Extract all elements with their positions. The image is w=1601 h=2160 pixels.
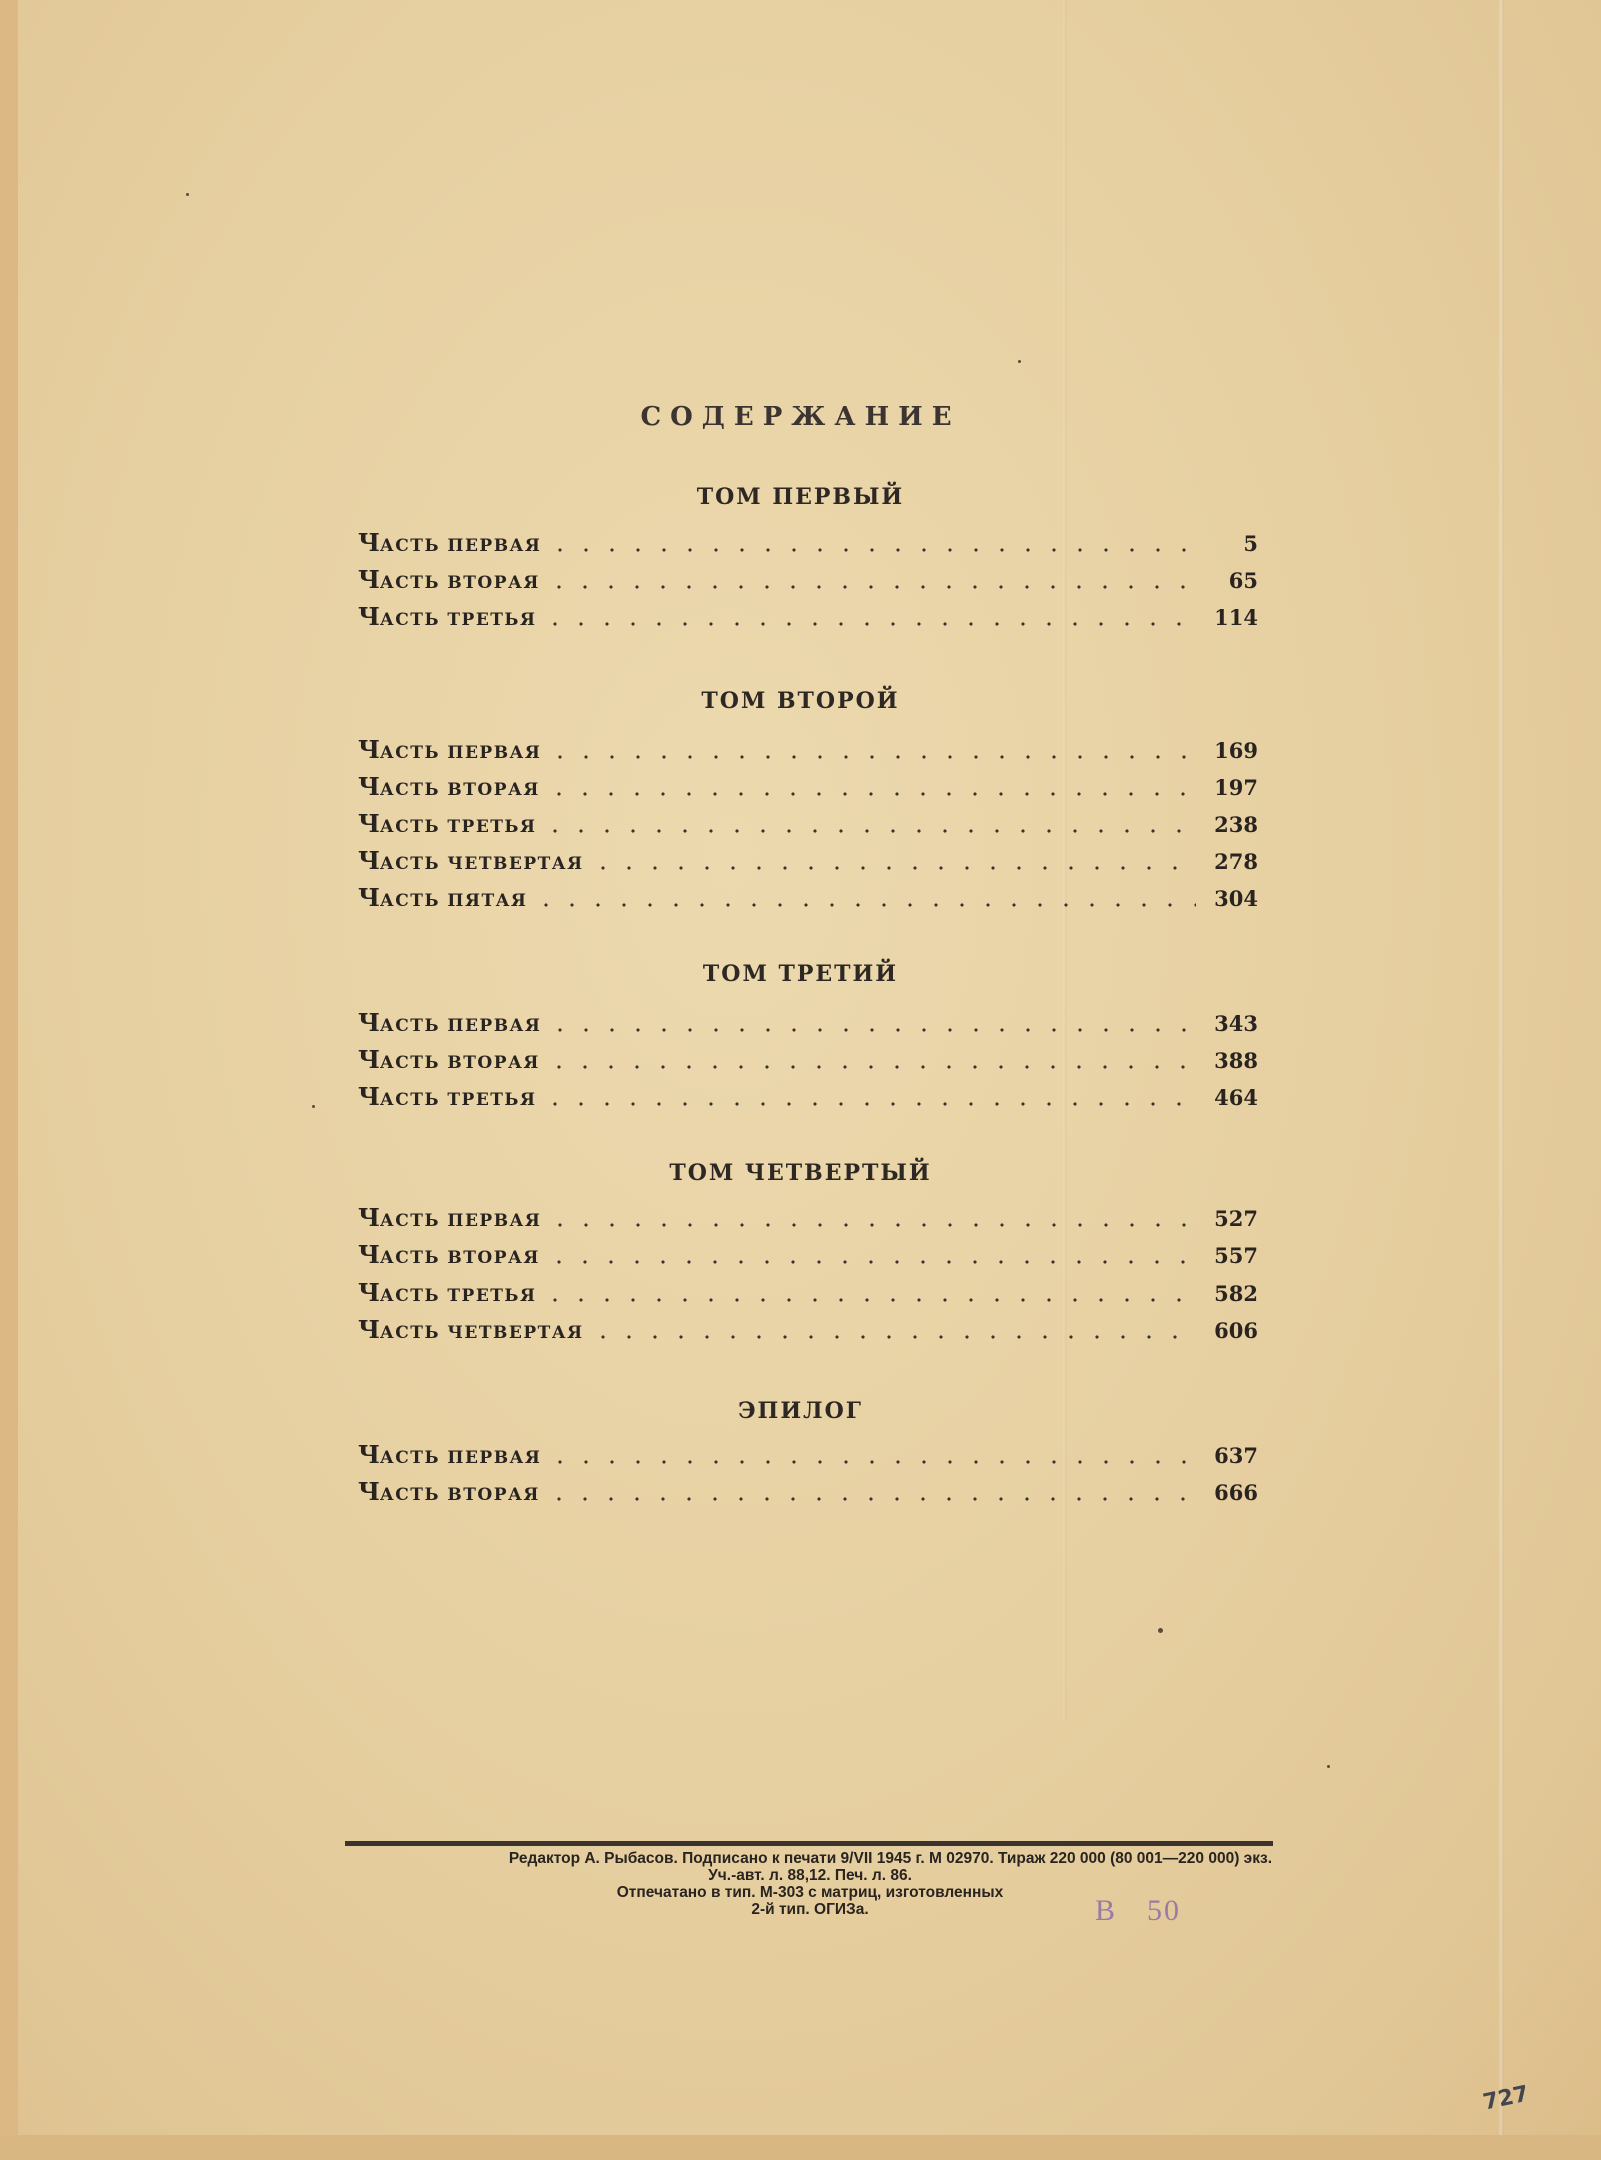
page-number: 388	[1212, 1048, 1258, 1073]
toc-entry[interactable]: ЧАСТЬ ВТОРАЯ 557	[358, 1240, 1258, 1272]
page-number: 557	[1212, 1243, 1258, 1268]
toc-entry[interactable]: ЧАСТЬ ВТОРАЯ 65	[358, 565, 1258, 597]
entry-label: ЧАСТЬ ЧЕТВЕРТАЯ	[358, 1315, 584, 1344]
page-number: 582	[1212, 1281, 1258, 1306]
page-number: 169	[1212, 738, 1258, 763]
dot-leader	[546, 1065, 1196, 1069]
toc-entry[interactable]: ЧАСТЬ ПЯТАЯ 304	[358, 883, 1258, 915]
dot-leader	[590, 1335, 1196, 1339]
toc-entry[interactable]: ЧАСТЬ ТРЕТЬЯ 114	[358, 602, 1258, 634]
dot-leader	[547, 548, 1196, 552]
volume-heading: ТОМ ВТОРОЙ	[0, 688, 1601, 714]
toc-entry[interactable]: ЧАСТЬ ПЕРВАЯ 527	[358, 1203, 1258, 1235]
imprint-line: Редактор А. Рыбасов. Подписано к печати …	[340, 1850, 1280, 1867]
page-number: 114	[1212, 605, 1258, 630]
entry-label: ЧАСТЬ ВТОРАЯ	[358, 772, 540, 801]
entry-label: ЧАСТЬ ПЕРВАЯ	[358, 1008, 541, 1037]
volume-heading: ТОМ ЧЕТВЕРТЫЙ	[0, 1160, 1601, 1186]
page-number: 666	[1212, 1480, 1258, 1505]
page-number: 343	[1212, 1011, 1258, 1036]
entry-label: ЧАСТЬ ТРЕТЬЯ	[358, 602, 536, 631]
dot-leader	[542, 622, 1196, 626]
dot-leader	[547, 1460, 1196, 1464]
toc-entry[interactable]: ЧАСТЬ ПЕРВАЯ 5	[358, 528, 1258, 560]
dot-leader	[542, 1298, 1196, 1302]
entry-label: ЧАСТЬ ПЕРВАЯ	[358, 1440, 541, 1469]
volume-heading: ЭПИЛОГ	[0, 1398, 1601, 1424]
entry-label: ЧАСТЬ ПЯТАЯ	[358, 883, 527, 912]
toc-entry[interactable]: ЧАСТЬ ЧЕТВЕРТАЯ 278	[358, 846, 1258, 878]
dot-leader	[542, 829, 1196, 833]
toc-entry[interactable]: ЧАСТЬ ВТОРАЯ 197	[358, 772, 1258, 804]
dot-leader	[546, 1260, 1196, 1264]
page-number: 606	[1212, 1318, 1258, 1343]
dot-leader	[547, 755, 1196, 759]
entry-label: ЧАСТЬ ВТОРАЯ	[358, 565, 540, 594]
library-stamp: В50	[1095, 1894, 1181, 1928]
dot-leader	[547, 1223, 1196, 1227]
page-edge-bottom	[0, 2135, 1601, 2160]
toc-entry[interactable]: ЧАСТЬ ВТОРАЯ 666	[358, 1477, 1258, 1509]
dot-leader	[542, 1102, 1196, 1106]
page-number: 527	[1212, 1206, 1258, 1231]
imprint-line: Уч.-авт. л. 88,12. Печ. л. 86.	[340, 1867, 1280, 1884]
entry-label: ЧАСТЬ ТРЕТЬЯ	[358, 1278, 536, 1307]
entry-label: ЧАСТЬ ВТОРАЯ	[358, 1240, 540, 1269]
page-number: 637	[1212, 1443, 1258, 1468]
paper-speck	[1018, 360, 1021, 363]
toc-entry[interactable]: ЧАСТЬ ТРЕТЬЯ 582	[358, 1278, 1258, 1310]
imprint-rule	[345, 1841, 1273, 1846]
entry-label: ЧАСТЬ ВТОРАЯ	[358, 1045, 540, 1074]
toc-entry[interactable]: ЧАСТЬ ПЕРВАЯ 637	[358, 1440, 1258, 1472]
volume-heading: ТОМ ПЕРВЫЙ	[0, 484, 1601, 510]
toc-entry[interactable]: ЧАСТЬ ПЕРВАЯ 343	[358, 1008, 1258, 1040]
entry-label: ЧАСТЬ ПЕРВАЯ	[358, 735, 541, 764]
page-fold	[1498, 0, 1504, 2135]
page-number: 278	[1212, 849, 1258, 874]
page-number: 5	[1212, 531, 1258, 556]
paper-speck	[186, 193, 189, 196]
toc-entry[interactable]: ЧАСТЬ ТРЕТЬЯ 464	[358, 1082, 1258, 1114]
toc-entry[interactable]: ЧАСТЬ ПЕРВАЯ 169	[358, 735, 1258, 767]
paper-speck	[1327, 1765, 1330, 1768]
paper-speck	[312, 1105, 315, 1108]
toc-entry[interactable]: ЧАСТЬ ВТОРАЯ 388	[358, 1045, 1258, 1077]
entry-label: ЧАСТЬ ПЕРВАЯ	[358, 1203, 541, 1232]
dot-leader	[547, 1028, 1196, 1032]
entry-label: ЧАСТЬ ЧЕТВЕРТАЯ	[358, 846, 584, 875]
stamp-number: 50	[1147, 1894, 1181, 1927]
page-number: 304	[1212, 886, 1258, 911]
entry-label: ЧАСТЬ ПЕРВАЯ	[358, 528, 541, 557]
entry-label: ЧАСТЬ ТРЕТЬЯ	[358, 809, 536, 838]
dot-leader	[533, 903, 1196, 907]
dot-leader	[590, 866, 1196, 870]
stamp-letter: В	[1095, 1894, 1117, 1927]
page-number: 464	[1212, 1085, 1258, 1110]
volume-heading: ТОМ ТРЕТИЙ	[0, 961, 1601, 987]
paper-speck	[1158, 1628, 1163, 1633]
toc-entry[interactable]: ЧАСТЬ ТРЕТЬЯ 238	[358, 809, 1258, 841]
page-edge-left	[0, 0, 18, 2160]
entry-label: ЧАСТЬ ВТОРАЯ	[358, 1477, 540, 1506]
entry-label: ЧАСТЬ ТРЕТЬЯ	[358, 1082, 536, 1111]
page-number: 238	[1212, 812, 1258, 837]
page-number: 197	[1212, 775, 1258, 800]
dot-leader	[546, 792, 1196, 796]
dot-leader	[546, 1497, 1196, 1501]
contents-title: СОДЕРЖАНИЕ	[0, 402, 1601, 432]
toc-entry[interactable]: ЧАСТЬ ЧЕТВЕРТАЯ 606	[358, 1315, 1258, 1347]
dot-leader	[546, 585, 1196, 589]
page-number: 65	[1212, 568, 1258, 593]
